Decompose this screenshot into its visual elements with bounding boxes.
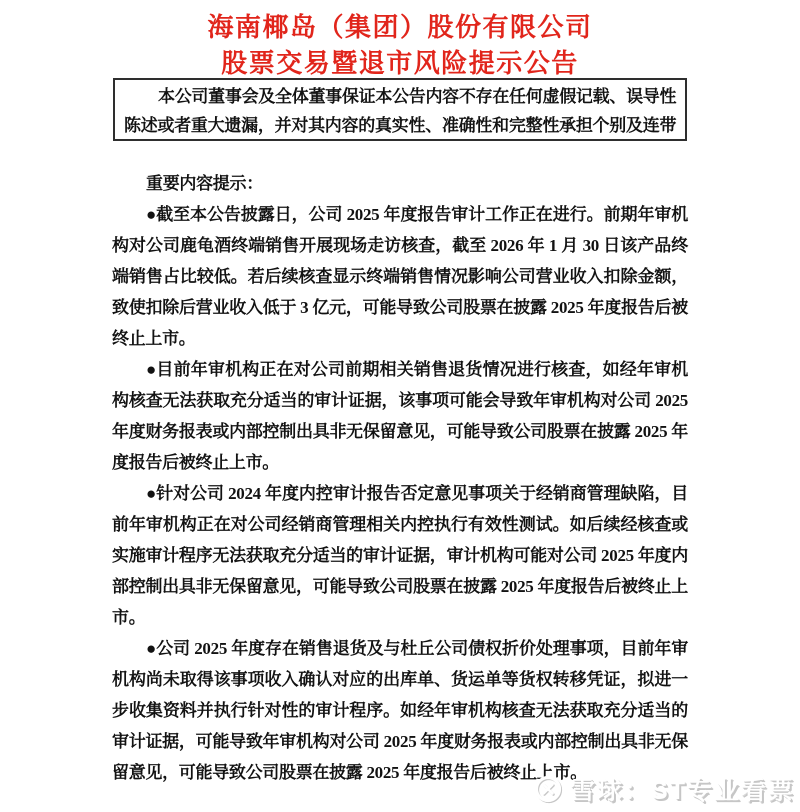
watermark-text: 雪球：ST专业看票 [570, 771, 795, 807]
bullet-paragraph-audit-progress: ●截至本公告披露日，公司 2025 年度报告审计工作正在进行。前期年审机构对公司… [112, 199, 688, 354]
bullet-paragraph-internal-control: ●针对公司 2024 年度内控审计报告否定意见事项关于经销商管理缺陷，目前年审机… [112, 478, 688, 633]
xueqiu-snowball-icon [533, 774, 563, 804]
xueqiu-watermark: 雪球：ST专业看票 [533, 771, 795, 807]
bullet-paragraph-debt-discount: ●公司 2025 年度存在销售退货及与杜丘公司债权折价处理事项，目前年审机构尚未… [112, 633, 688, 788]
announcement-body: 重要内容提示： ●截至本公告披露日，公司 2025 年度报告审计工作正在进行。前… [112, 168, 688, 788]
company-name-title: 海南椰岛（集团）股份有限公司 [0, 7, 800, 44]
bullet-paragraph-sales-returns: ●目前年审机构正在对公司前期相关销售退货情况进行核查，如经年审机构核查无法获取充… [112, 354, 688, 478]
announcement-document: 海南椰岛（集团）股份有限公司 股票交易暨退市风险提示公告 本公司董事会及全体董事… [0, 0, 800, 812]
board-statement-text: 本公司董事会及全体董事保证本公告内容不存在任何虚假记载、误导性陈述或者重大遗漏，… [124, 82, 676, 141]
announcement-title: 股票交易暨退市风险提示公告 [0, 43, 800, 80]
board-statement-box: 本公司董事会及全体董事保证本公告内容不存在任何虚假记载、误导性陈述或者重大遗漏，… [113, 78, 687, 141]
important-notice-heading: 重要内容提示： [112, 168, 688, 199]
